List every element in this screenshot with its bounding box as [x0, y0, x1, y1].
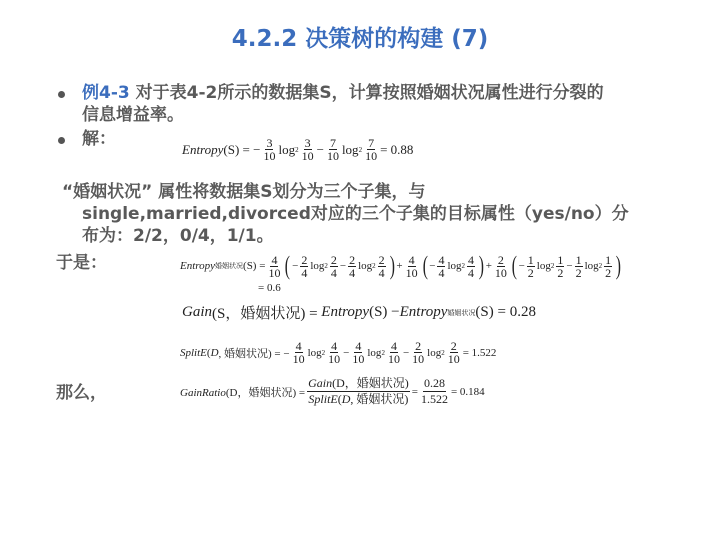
example-label: 例4-3	[82, 83, 130, 103]
solution-label: 解：	[82, 128, 116, 150]
bullet-icon	[58, 91, 65, 98]
formula-gain-ratio: GainRatio(D，婚姻状况) = Gain(D，婚姻状况)SplitE(D…	[180, 376, 485, 407]
example-text: 对于表4-2所示的数据集S，计算按照婚姻状况属性进行分裂的	[130, 83, 604, 103]
paragraph-line-3: 布为：2/2，0/4，1/1。	[82, 225, 274, 247]
slide-title: 4.2.2 决策树的构建 (7)	[0, 20, 720, 53]
therefore-label: 于是：	[56, 252, 107, 274]
bullet-icon	[58, 137, 65, 144]
paragraph-line-2: single,married,divorced对应的三个子集的目标属性（yes/…	[82, 203, 629, 225]
example-continuation: 信息增益率。	[82, 104, 184, 126]
formula-split-e: SplitE(D, 婚姻状况) = − 410log2 410− 410log2…	[180, 340, 496, 365]
paragraph-line-1: “婚姻状况” 属性将数据集S划分为三个子集，与	[62, 181, 426, 203]
example-line: 例4-3 对于表4-2所示的数据集S，计算按照婚姻状况属性进行分裂的	[82, 82, 604, 104]
formula-entropy-s: Entropy(S) = − 310log2 310 − 710log2 710…	[182, 137, 413, 162]
then-label: 那么，	[56, 382, 107, 404]
formula-gain: Gain(S，婚姻状况) = Entropy(S) − Entropy婚姻状况(…	[182, 302, 536, 323]
formula-entropy-marital: Entropy婚姻状况(S) = 410(− 24log2 24− 24log2…	[180, 253, 623, 279]
entropy-marital-result: = 0.6	[258, 282, 281, 294]
